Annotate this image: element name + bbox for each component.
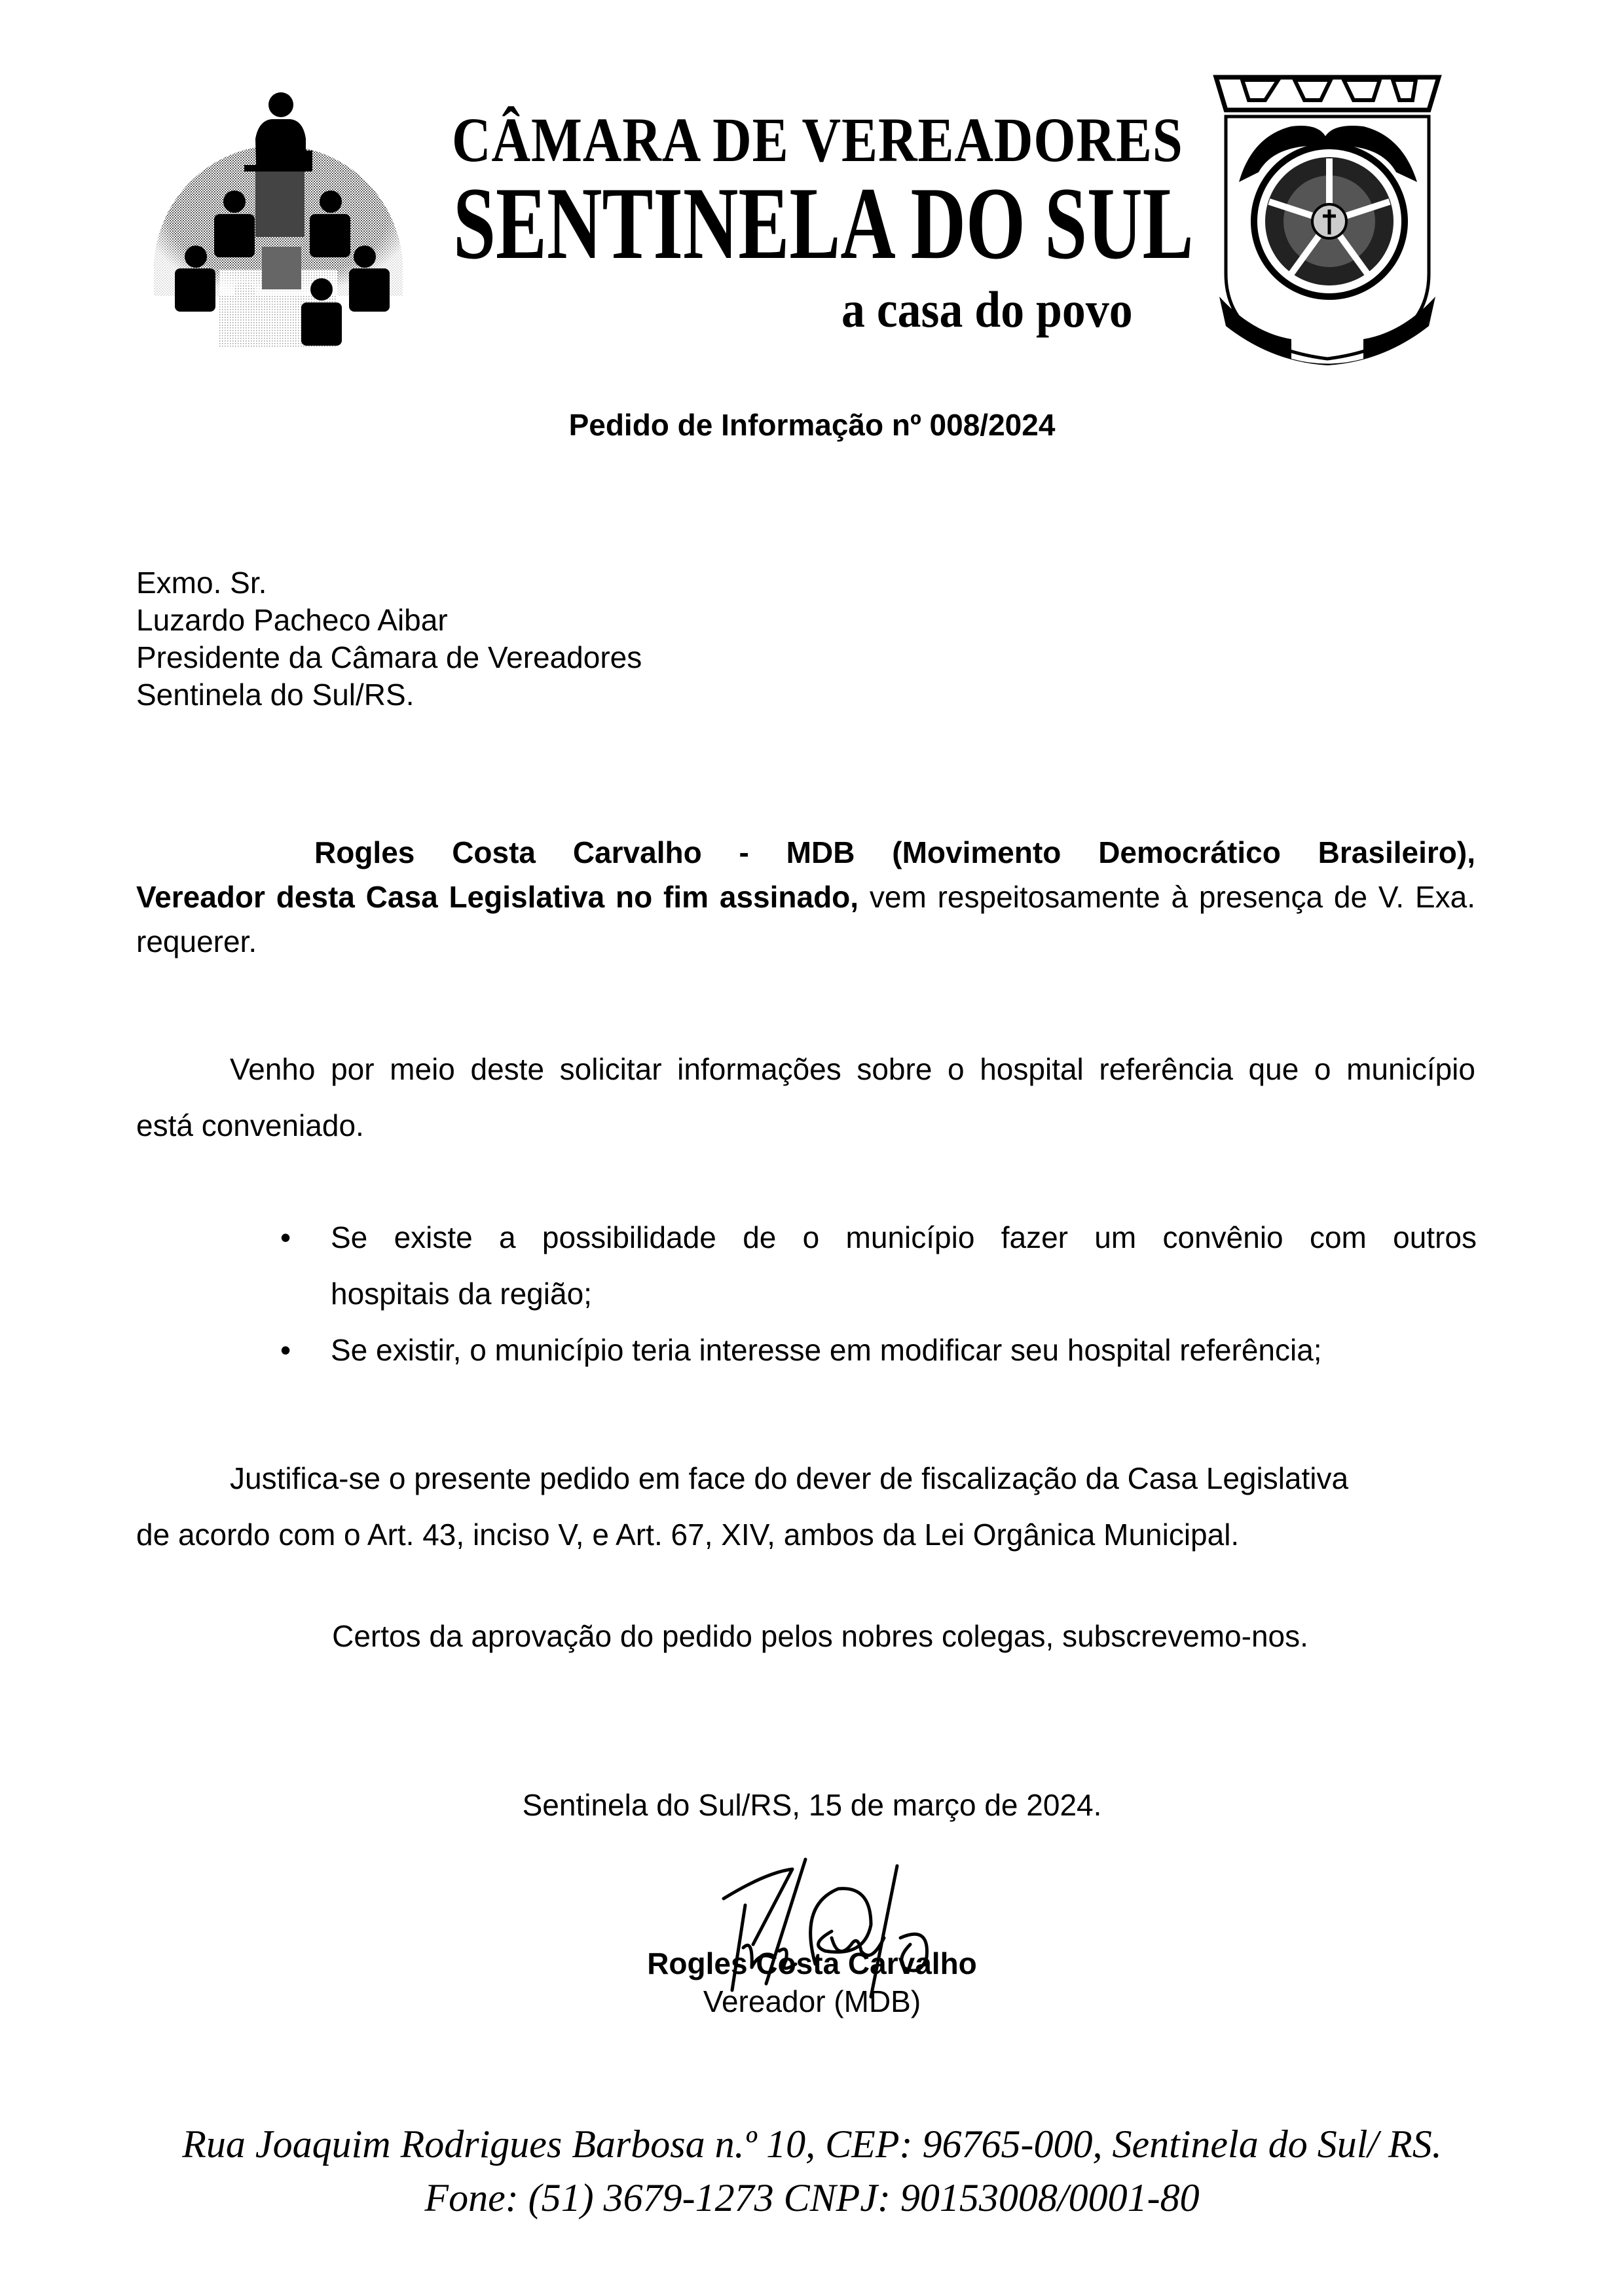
justification-line-1: Justifica-se o presente pedido em face d… xyxy=(136,1450,1475,1506)
city-name-heading: SENTINELA DO SUL xyxy=(453,172,1010,276)
tagline: a casa do povo xyxy=(841,280,1133,339)
recipient-title: Presidente da Câmara de Vereadores xyxy=(136,639,642,676)
request-paragraph: Venho por meio deste solicitar informaçõ… xyxy=(136,1041,1475,1154)
assembly-people-logo-icon xyxy=(141,73,413,348)
intro-author-line: Rogles Costa Carvalho - MDB (Movimento D… xyxy=(136,830,1475,875)
footer-contact: Fone: (51) 3679-1273 CNPJ: 90153008/0001… xyxy=(0,2175,1624,2221)
signer-role: Vereador (MDB) xyxy=(0,1982,1624,2020)
chamber-name-heading: CÂMARA DE VEREADORES xyxy=(452,107,1088,173)
signer-name: Rogles Costa Carvalho xyxy=(0,1944,1624,1982)
list-item: • Se existe a possibilidade de o municíp… xyxy=(275,1209,1477,1322)
list-item: • Se existir, o município teria interess… xyxy=(275,1322,1477,1378)
list-item-line-1: Se existir, o município teria interesse … xyxy=(331,1333,1322,1367)
list-item-line-2: hospitais da região; xyxy=(331,1277,592,1311)
document-title: Pedido de Informação nº 008/2024 xyxy=(0,406,1624,444)
recipient-location: Sentinela do Sul/RS. xyxy=(136,676,642,714)
recipient-block: Exmo. Sr. Luzardo Pacheco Aibar Presiden… xyxy=(136,564,642,714)
justification-paragraph: Justifica-se o presente pedido em face d… xyxy=(136,1450,1475,1563)
recipient-salutation: Exmo. Sr. xyxy=(136,564,642,602)
intro-author-role: Vereador desta Casa Legislativa no fim a… xyxy=(136,880,858,914)
request-line-1: Venho por meio deste solicitar informaçõ… xyxy=(136,1041,1475,1097)
footer-address: Rua Joaquim Rodrigues Barbosa n.º 10, CE… xyxy=(0,2121,1624,2167)
intro-paragraph: Rogles Costa Carvalho - MDB (Movimento D… xyxy=(136,830,1475,964)
place-date: Sentinela do Sul/RS, 15 de março de 2024… xyxy=(0,1786,1624,1824)
closing-sentence: Certos da aprovação do pedido pelos nobr… xyxy=(0,1617,1624,1655)
bullet-icon: • xyxy=(280,1322,291,1378)
bullet-icon: • xyxy=(280,1209,291,1266)
municipal-coat-of-arms-icon xyxy=(1213,71,1442,365)
recipient-name: Luzardo Pacheco Aibar xyxy=(136,602,642,639)
request-bullet-list: • Se existe a possibilidade de o municíp… xyxy=(275,1209,1477,1378)
justification-line-2: de acordo com o Art. 43, inciso V, e Art… xyxy=(136,1518,1239,1552)
list-item-line-1: Se existe a possibilidade de o município… xyxy=(331,1209,1477,1266)
request-line-2: está conveniado. xyxy=(136,1108,364,1142)
